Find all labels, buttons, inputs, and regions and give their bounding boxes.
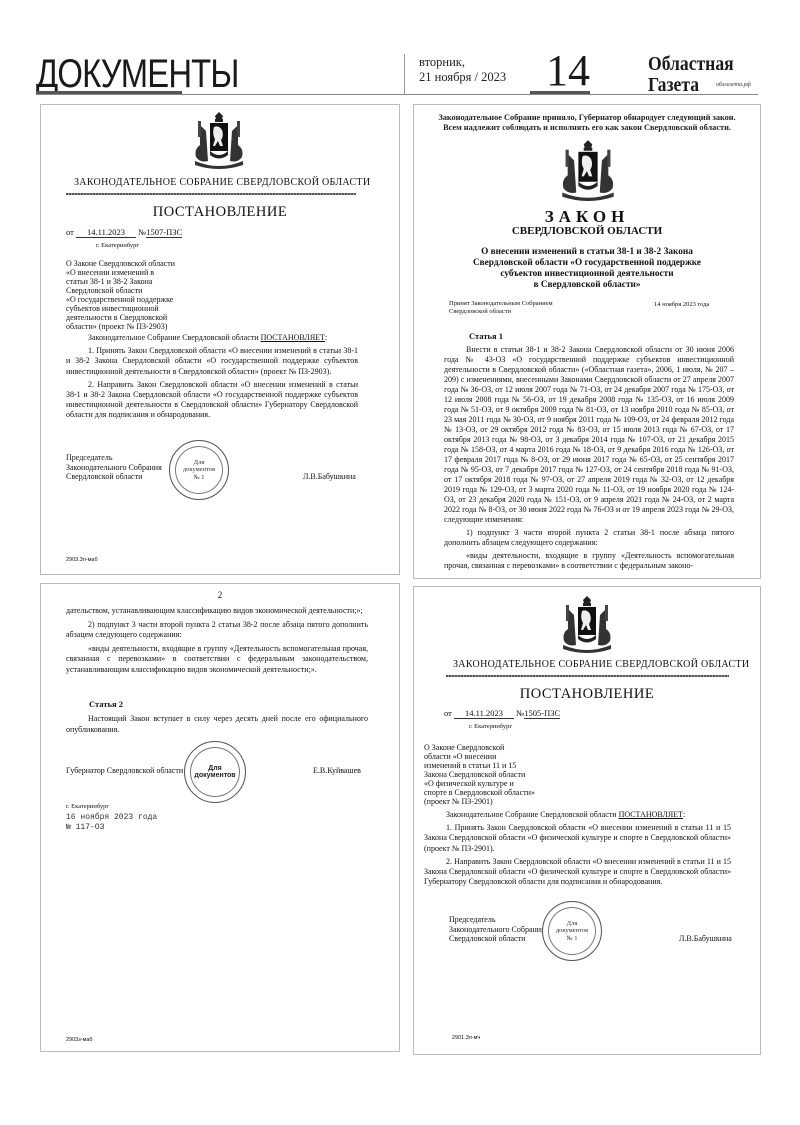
brand-site: облгазета.рф: [716, 82, 751, 88]
city: г. Екатеринбург: [96, 242, 139, 249]
article-2-text: Настоящий Закон вступает в силу через де…: [66, 714, 368, 735]
footer-code: 2903.3п-маб: [66, 557, 98, 563]
quote-2: «виды деятельности, входящие в группу «Д…: [66, 644, 368, 676]
signer-name: Л.В.Бабушкина: [303, 472, 356, 481]
law-continuation: дательством, устанавливающим классификац…: [66, 606, 368, 678]
adopted-by: Принят Законодательным Собранием Свердло…: [449, 300, 553, 316]
signer-title: Председатель Законодательного Собрания С…: [66, 453, 162, 482]
issue-weekday: вторник,: [419, 55, 506, 70]
newspaper-logo: Областная Газета: [648, 54, 734, 96]
law-title: ЗАКОН: [414, 207, 760, 227]
resolves-line: Законодательное Собрание Свердловской об…: [66, 333, 358, 343]
city: г. Екатеринбург: [469, 723, 512, 730]
document-subject: О Законе Свердловской области «О внесени…: [66, 259, 175, 331]
seal-stamp: Для документов № 1: [169, 440, 229, 500]
adopted-date: 14 ноября 2023 года: [654, 300, 709, 309]
coat-of-arms-icon: [557, 595, 617, 653]
coat-of-arms-icon: [554, 139, 622, 201]
assembly-name: ЗАКОНОДАТЕЛЬНОЕ СОБРАНИЕ СВЕРДЛОВСКОЙ ОБ…: [453, 659, 749, 670]
subitem-2: 2) подпункт 3 части второй пункта 2 стат…: [66, 620, 368, 641]
law-name: О внесении изменений в статьи 38-1 и 38-…: [414, 247, 760, 291]
header-rule: [66, 193, 356, 195]
document-date-number: от 14.11.2023 №1507-ПЗС: [66, 227, 182, 238]
signing-date-number: 16 ноября 2023 года № 117-ОЗ: [66, 813, 157, 832]
assembly-name: ЗАКОНОДАТЕЛЬНОЕ СОБРАНИЕ СВЕРДЛОВСКОЙ ОБ…: [74, 177, 370, 188]
document-number: 1505-ПЗС: [524, 708, 560, 719]
continuation-text: дательством, устанавливающим классификац…: [66, 606, 368, 617]
document-date: 14.11.2023: [454, 708, 514, 719]
document-subject: О Законе Свердловской области «О внесени…: [424, 743, 535, 806]
document-law-page-2: 2 дательством, устанавливающим классифик…: [40, 583, 400, 1052]
document-date-number: от 14.11.2023 №1505-ПЗС: [444, 708, 560, 719]
page-number: 14: [546, 48, 590, 94]
document-date: 14.11.2023: [76, 227, 136, 238]
issue-date-line: 21 ноября / 2023: [419, 70, 506, 85]
resolution-item-2: 2. Направить Закон Свердловской области …: [424, 857, 731, 888]
resolution-item-1: 1. Принять Закон Свердловской области «О…: [66, 346, 358, 377]
footer-code: 2903з-маб: [66, 1037, 93, 1043]
quote-1: «виды деятельности, входящие в группу «Д…: [444, 551, 734, 571]
header-rule: [446, 675, 729, 677]
article-2-title: Статья 2: [89, 699, 123, 709]
resolves-line: Законодательное Собрание Свердловской об…: [424, 810, 731, 820]
article-1-title: Статья 1: [469, 331, 503, 341]
signer-title: Губернатор Свердловской области: [66, 766, 183, 776]
document-resolution-1507: ЗАКОНОДАТЕЛЬНОЕ СОБРАНИЕ СВЕРДЛОВСКОЙ ОБ…: [40, 104, 400, 575]
resolution-item-1: 1. Принять Закон Свердловской области «О…: [424, 823, 731, 854]
law-subtitle: СВЕРДЛОВСКОЙ ОБЛАСТИ: [414, 225, 760, 237]
seal-stamp: Для документов № 1: [542, 901, 602, 961]
page-number: 2: [41, 590, 399, 600]
document-law-page-1: Законодательное Собрание приняло, Губерн…: [413, 104, 761, 579]
article-1-body: Внести в статьи 38-1 и 38-2 Закона Сверд…: [444, 345, 734, 574]
resolution-item-2: 2. Направить Закон Свердловской области …: [66, 380, 358, 421]
article-2-body: Настоящий Закон вступает в силу через де…: [66, 714, 368, 738]
document-heading: ПОСТАНОВЛЕНИЕ: [41, 204, 399, 221]
subitem-1: 1) подпункт 3 части второй пункта 2 стат…: [444, 528, 734, 548]
masthead-separator: [404, 54, 405, 94]
coat-of-arms-icon: [189, 111, 249, 169]
city: г. Екатеринбург: [66, 803, 109, 810]
document-body: Законодательное Собрание Свердловской об…: [66, 333, 358, 424]
issue-date: вторник, 21 ноября / 2023: [419, 55, 506, 85]
document-resolution-1505: ЗАКОНОДАТЕЛЬНОЕ СОБРАНИЕ СВЕРДЛОВСКОЙ ОБ…: [413, 586, 761, 1055]
signer-name: Е.В.Куйвашев: [313, 766, 361, 775]
page-number-bar: [530, 91, 590, 94]
article-1-text: Внести в статьи 38-1 и 38-2 Закона Сверд…: [444, 345, 734, 525]
seal-stamp: Для документов: [184, 741, 246, 803]
document-heading: ПОСТАНОВЛЕНИЕ: [414, 686, 760, 703]
brand-line-1: Областная: [648, 54, 734, 75]
section-title: ДОКУМЕНТЫ: [36, 52, 239, 96]
law-preamble: Законодательное Собрание приняло, Губерн…: [414, 113, 760, 133]
signer-title: Председатель Законодательного Собрания С…: [449, 915, 545, 944]
signer-name: Л.В.Бабушкина: [679, 934, 732, 943]
document-number: 1507-ПЗС: [146, 227, 182, 238]
document-body: Законодательное Собрание Свердловской об…: [424, 810, 731, 890]
footer-code: 2901.3п-мч: [452, 1035, 480, 1041]
